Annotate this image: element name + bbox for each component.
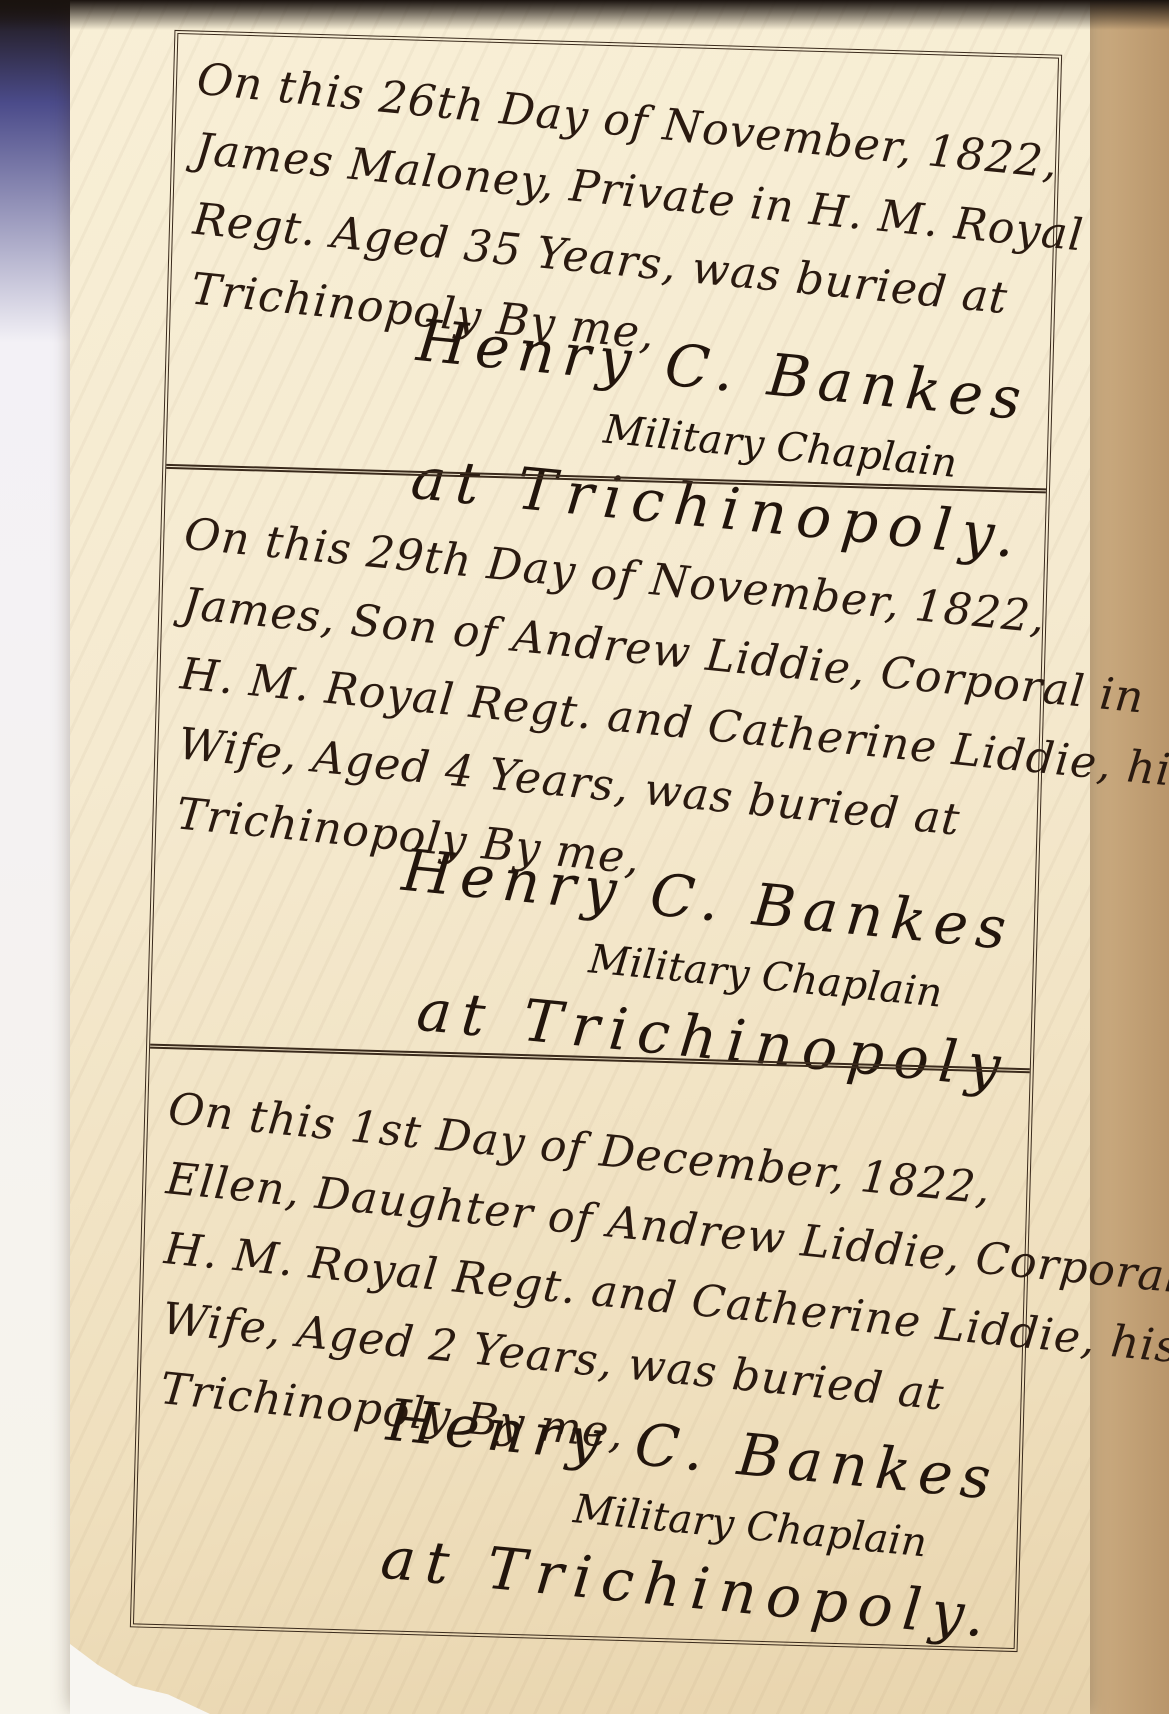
signature-block-2: Henry C. Bankes Military Chaplain at Tri… [389,870,1015,1105]
ruled-frame: On this 26th Day of November, 1822, Jame… [130,30,1062,1652]
burial-entry-1: On this 26th Day of November, 1822, Jame… [190,45,1037,348]
burial-entry-2: On this 29th Day of November, 1822, Jame… [176,499,1025,872]
photo-shadow-top [0,0,1169,30]
burial-entry-3: On this 1st Day of December, 1822, Ellen… [160,1074,1009,1447]
signature-block-3: Henry C. Bankes Military Chaplain at Tri… [374,1420,1000,1655]
register-page: On this 26th Day of November, 1822, Jame… [70,0,1090,1714]
torn-corner [70,1644,210,1714]
